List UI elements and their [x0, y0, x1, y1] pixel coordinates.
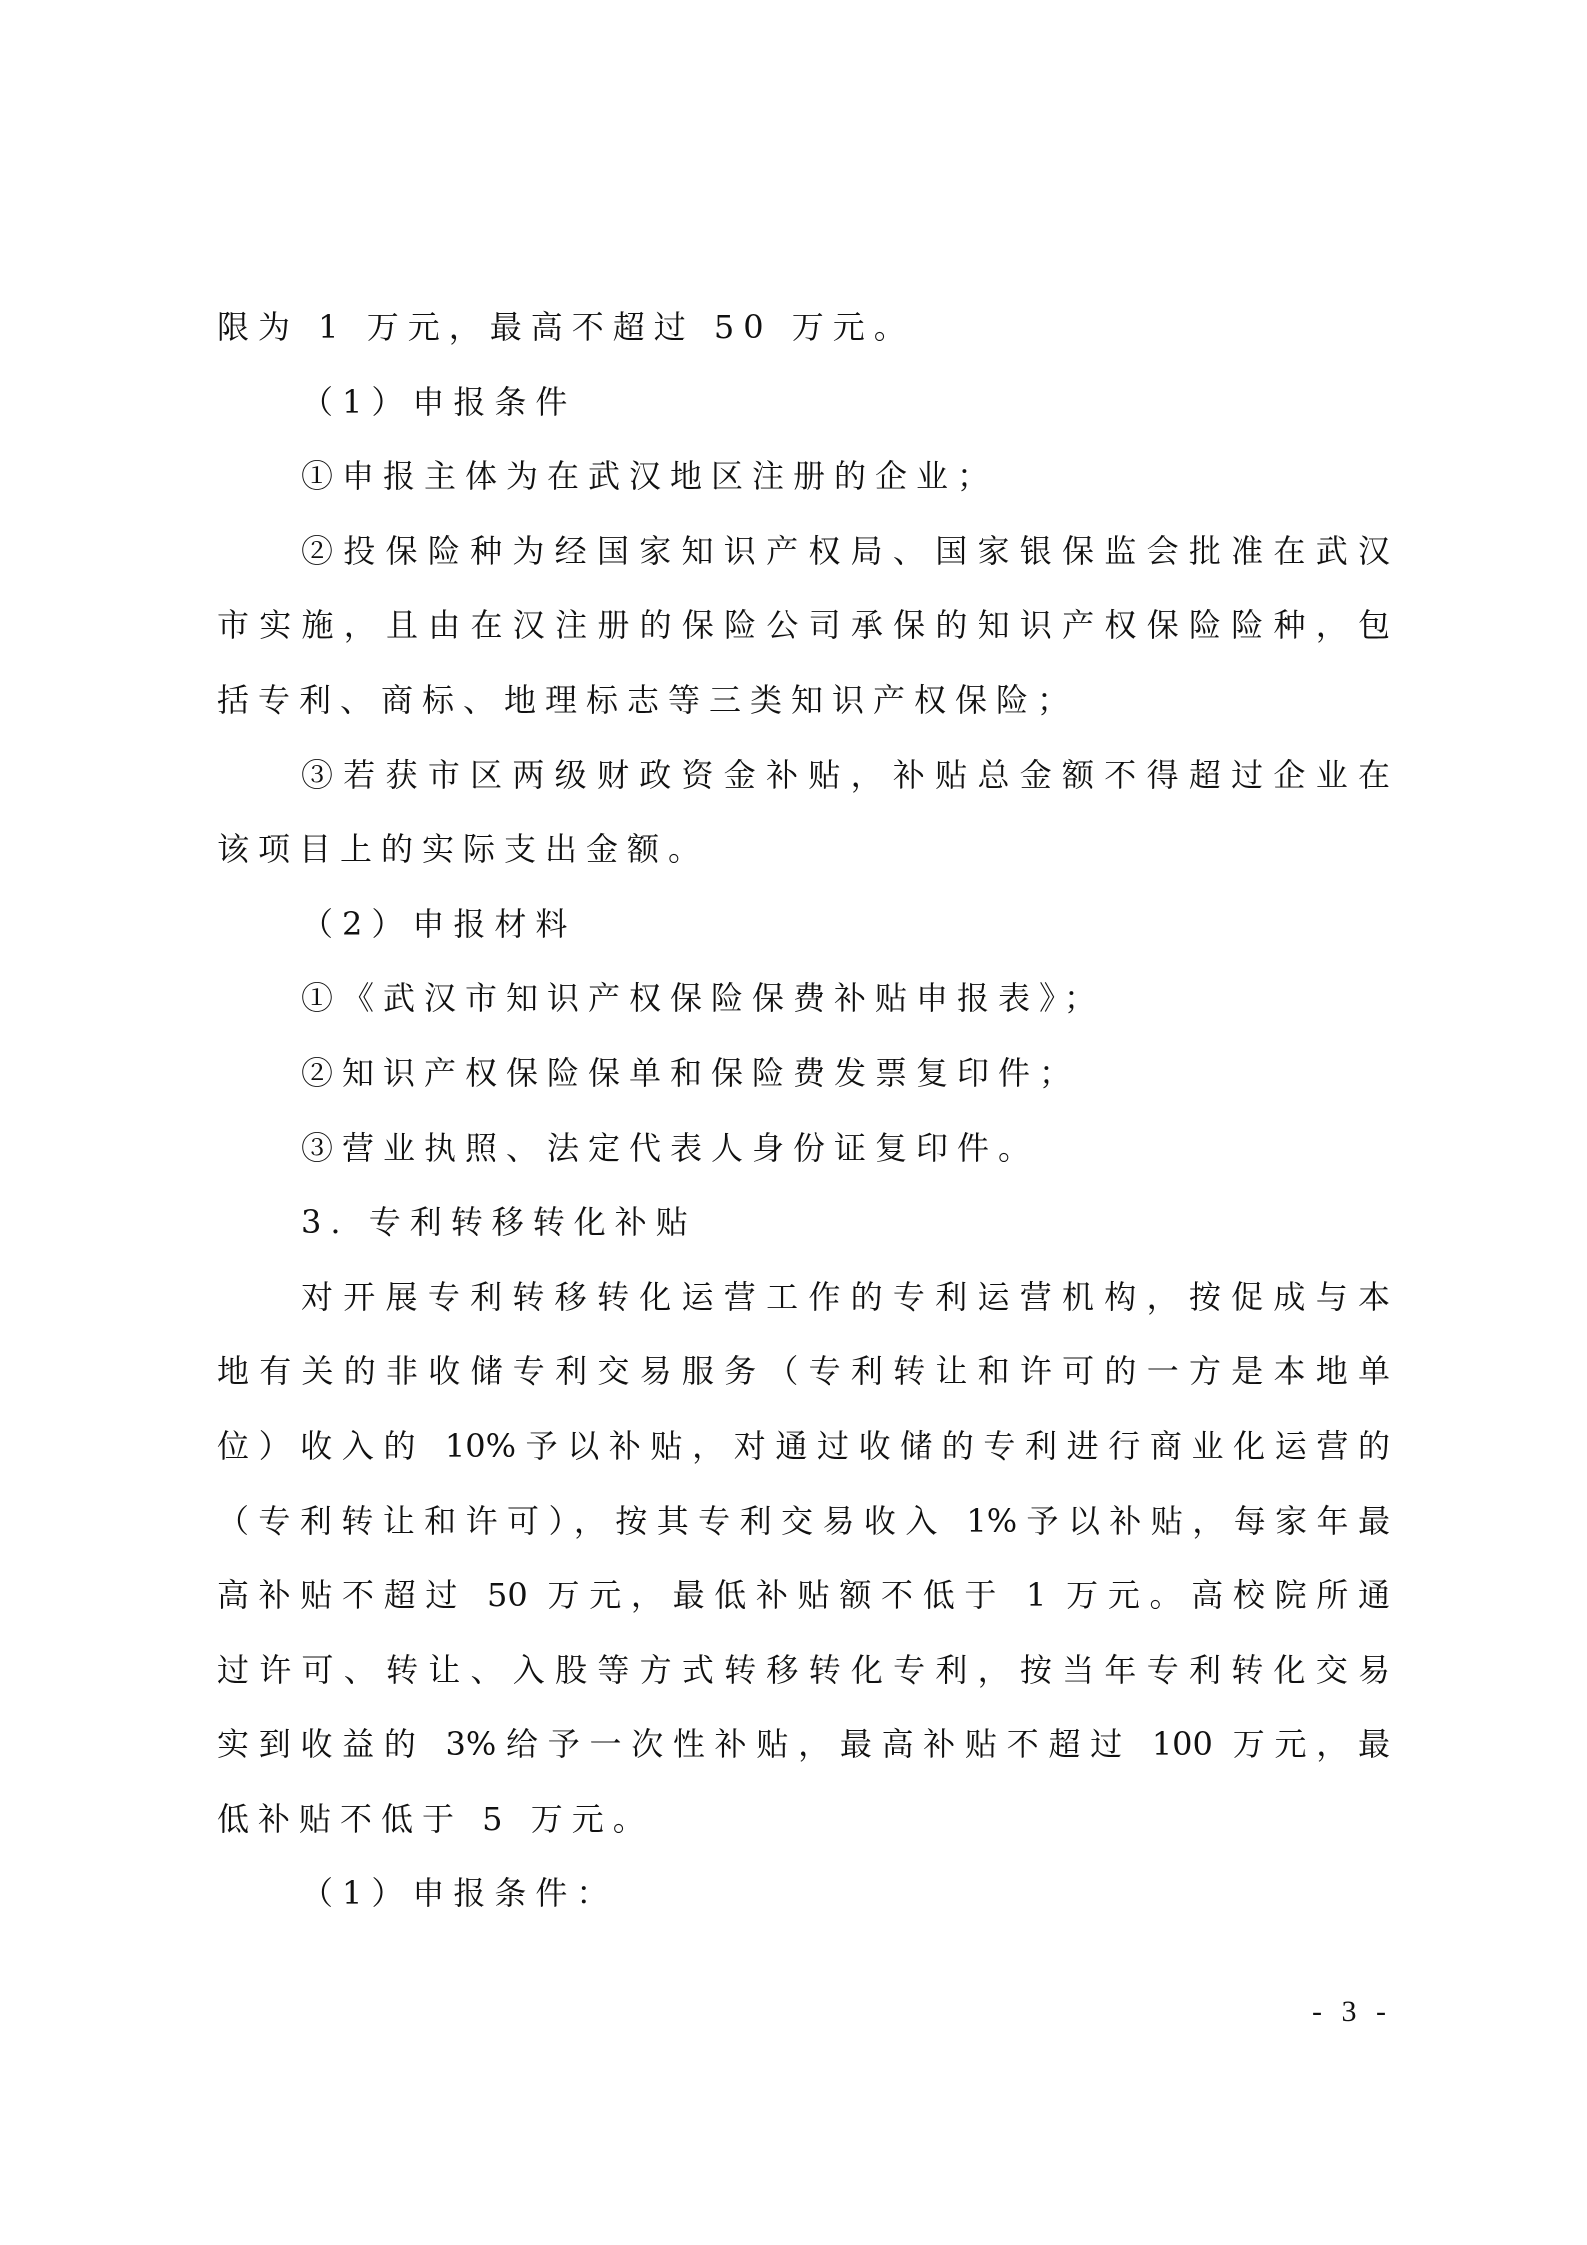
list-item-condition-3: ③若获市区两级财政资金补贴，补贴总金额不得超过企业在 [301, 753, 1390, 797]
list-item-material-2: ②知识产权保险保单和保险费发票复印件； [301, 1051, 1390, 1095]
paragraph-line: 高补贴不超过 50 万元，最低补贴额不低于 1 万元。高校院所通 [217, 1573, 1390, 1617]
section-heading-application-conditions: （1）申报条件 [301, 380, 1390, 424]
section-heading-application-conditions: （1）申报条件： [301, 1871, 1390, 1915]
paragraph-line: 括专利、商标、地理标志等三类知识产权保险； [217, 678, 1390, 722]
section-heading-application-materials: （2）申报材料 [301, 902, 1390, 946]
list-item-condition-1: ①申报主体为在武汉地区注册的企业； [301, 454, 1390, 498]
paragraph-line: 位）收入的 10%予以补贴，对通过收储的专利进行商业化运营的 [217, 1424, 1390, 1468]
paragraph-line: 地有关的非收储专利交易服务（专利转让和许可的一方是本地单 [217, 1349, 1390, 1393]
page-number: - 3 - [1296, 1990, 1392, 2034]
section-heading-patent-transfer-subsidy: 3. 专利转移转化补贴 [301, 1200, 1390, 1244]
paragraph-line: 低补贴不低于 5 万元。 [217, 1797, 1390, 1841]
list-item-material-3: ③营业执照、法定代表人身份证复印件。 [301, 1126, 1390, 1170]
document-page: 限为 1 万元，最高不超过 50 万元。 （1）申报条件 ①申报主体为在武汉地区… [0, 0, 1587, 2245]
paragraph-line: 过许可、转让、入股等方式转移转化专利，按当年专利转化交易 [217, 1648, 1390, 1692]
paragraph-line: 对开展专利转移转化运营工作的专利运营机构，按促成与本 [301, 1275, 1390, 1319]
paragraph-line: 实到收益的 3%给予一次性补贴，最高补贴不超过 100 万元，最 [217, 1722, 1390, 1766]
paragraph-line: 该项目上的实际支出金额。 [217, 827, 1390, 871]
paragraph-line: 限为 1 万元，最高不超过 50 万元。 [217, 305, 1390, 349]
list-item-condition-2: ②投保险种为经国家知识产权局、国家银保监会批准在武汉 [301, 529, 1390, 573]
list-item-material-1: ①《武汉市知识产权保险保费补贴申报表》； [301, 976, 1390, 1020]
paragraph-line: 市实施，且由在汉注册的保险公司承保的知识产权保险险种，包 [217, 603, 1390, 647]
paragraph-line: （专利转让和许可），按其专利交易收入 1%予以补贴，每家年最 [217, 1499, 1390, 1543]
